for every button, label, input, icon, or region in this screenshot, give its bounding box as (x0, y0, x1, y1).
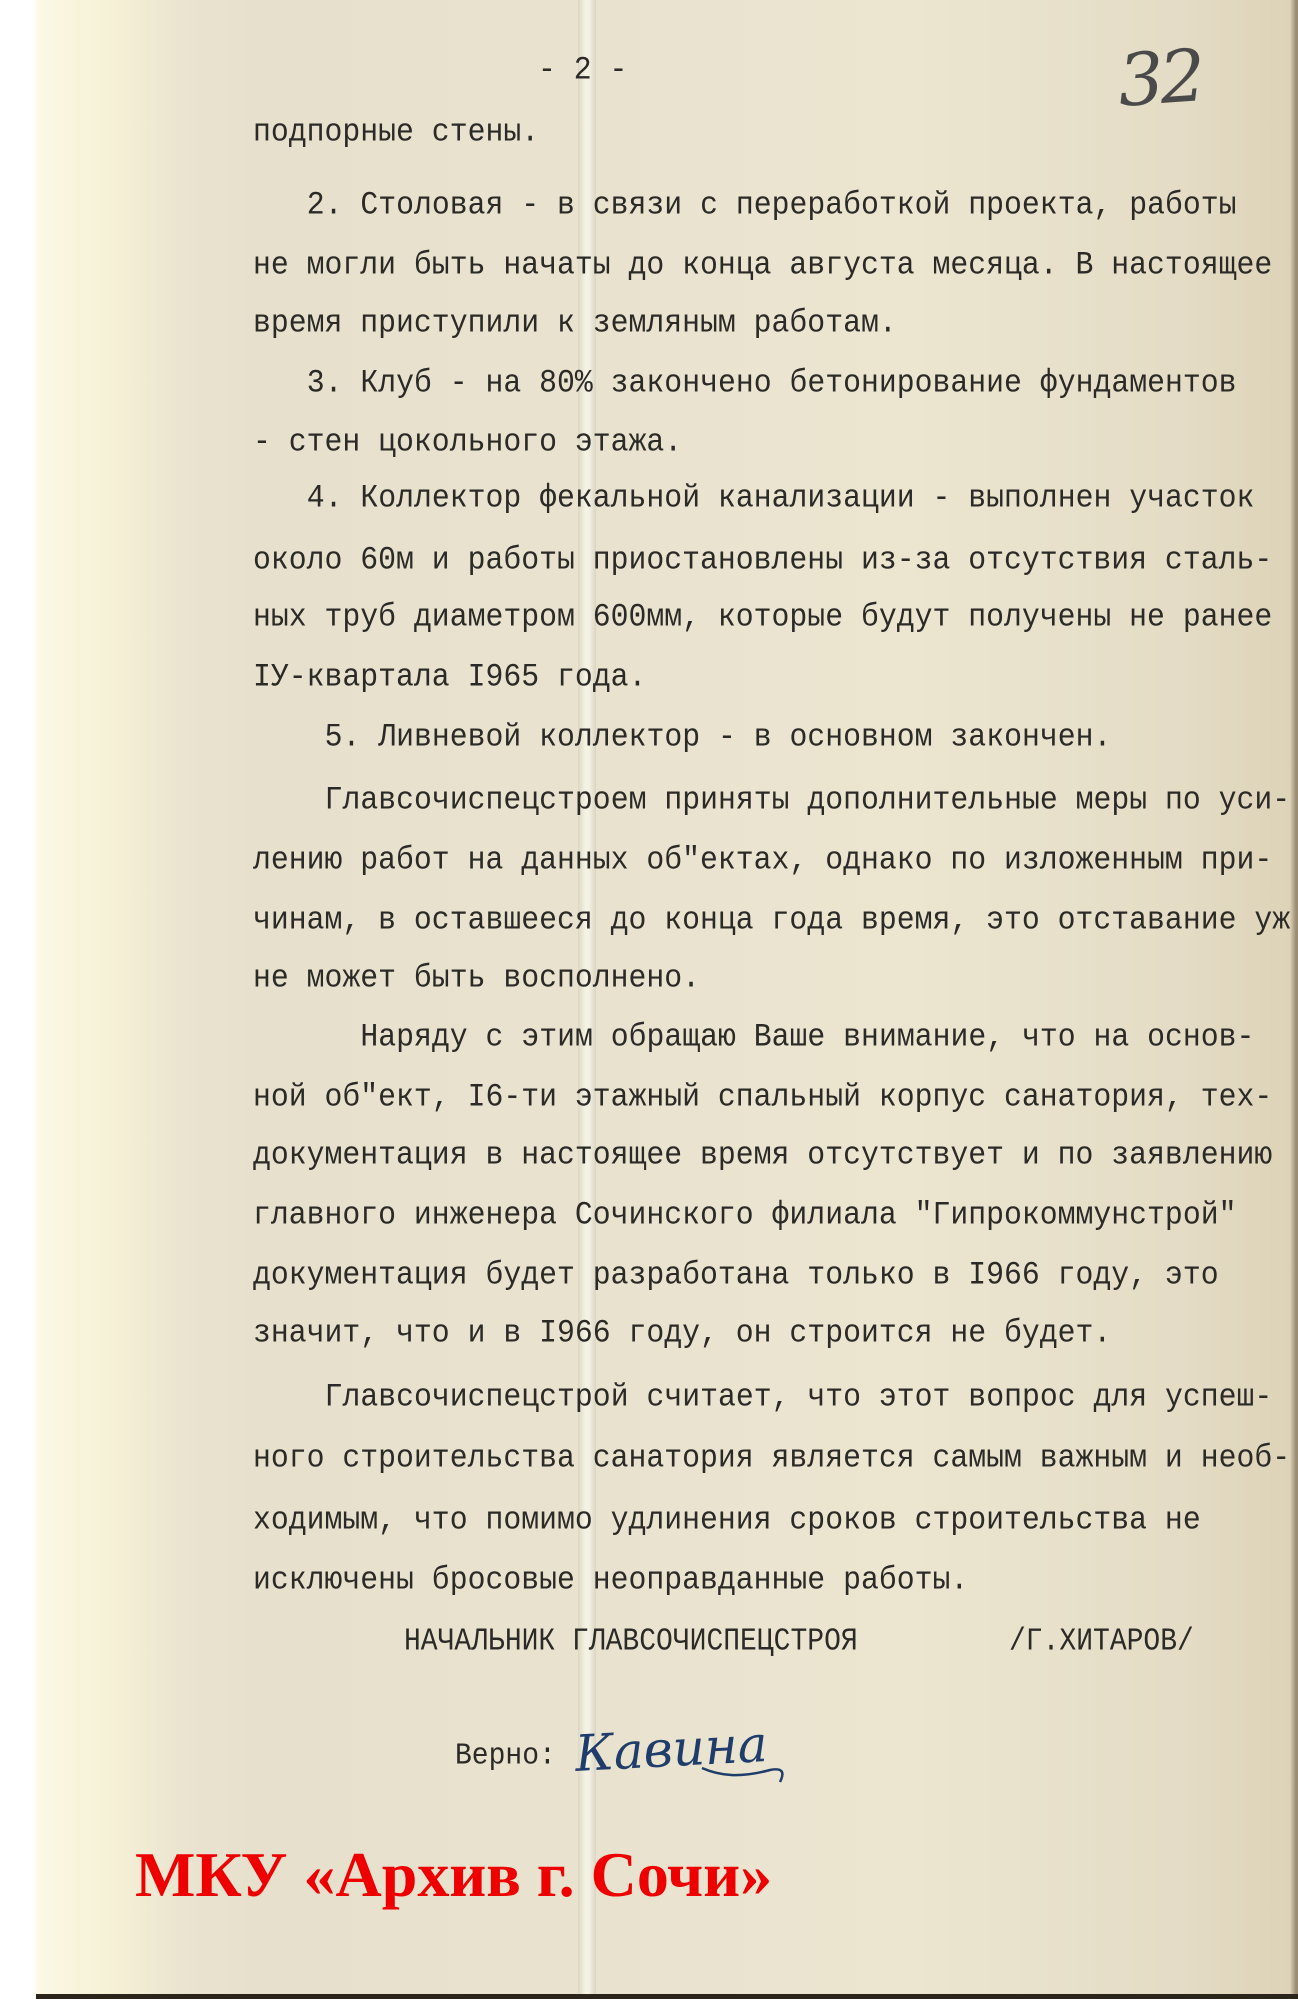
text-line: значит, что и в I966 году, он строится н… (253, 1317, 1111, 1349)
text-line: документация будет разработана только в … (253, 1259, 1219, 1291)
page-number: - 2 - (538, 54, 627, 86)
text-line: 4. Коллектор фекальной канализации - вып… (307, 482, 1255, 514)
text-line: документация в настоящее время отсутству… (253, 1139, 1272, 1171)
text-line: - стен цокольного этажа. (253, 426, 682, 458)
text-line: Главсочиспецстрой считает, что этот вопр… (325, 1381, 1273, 1413)
text-line: IУ-квартала I965 года. (253, 661, 646, 693)
text-line: Главсочиспецстроем приняты дополнительны… (325, 784, 1291, 816)
text-line: время приступили к земляным работам. (253, 307, 897, 339)
text-line: 5. Ливневой коллектор - в основном закон… (325, 721, 1112, 753)
page-bottom-edge (36, 1994, 1298, 1999)
text-line: подпорные стены. (253, 116, 539, 148)
text-line: ходимым, что помимо удлинения сроков стр… (253, 1504, 1201, 1536)
text-line: ных труб диаметром 600мм, которые будут … (253, 601, 1272, 633)
certification-label: Верно: (455, 1741, 556, 1773)
text-line: не может быть восполнено. (253, 962, 700, 994)
archive-watermark: МКУ «Архив г. Сочи» (135, 1840, 772, 1910)
text-line: чинам, в оставшееся до конца года время,… (253, 904, 1290, 936)
text-line: не могли быть начаты до конца августа ме… (253, 249, 1272, 281)
text-line: ного строительства санатория является са… (253, 1442, 1290, 1474)
signature-flourish-icon (700, 1760, 790, 1784)
scanned-document-page: - 2 - 32 подпорные стены.2. Столовая - в… (0, 0, 1298, 1999)
text-line: лению работ на данных об"ектах, однако п… (253, 844, 1272, 876)
text-line: главного инженера Сочинского филиала "Ги… (253, 1199, 1236, 1231)
signatory-title: НАЧАЛЬНИК ГЛАВСОЧИСПЕЦСТРОЯ (404, 1626, 858, 1660)
text-line: 2. Столовая - в связи с переработкой про… (307, 189, 1237, 221)
paper-fold (578, 0, 596, 1999)
text-line: около 60м и работы приостановлены из-за … (253, 544, 1272, 576)
text-line: исключены бросовые неоправданные работы. (253, 1564, 968, 1596)
signatory-name: /Г.ХИТАРОВ/ (1009, 1626, 1194, 1660)
text-line: ной об"ект, I6-ти этажный спальный корпу… (253, 1081, 1272, 1113)
text-line: 3. Клуб - на 80% закончено бетонирование… (307, 367, 1237, 399)
text-line: Наряду с этим обращаю Ваше внимание, что… (360, 1021, 1254, 1053)
folio-number-handwritten: 32 (1115, 33, 1204, 123)
